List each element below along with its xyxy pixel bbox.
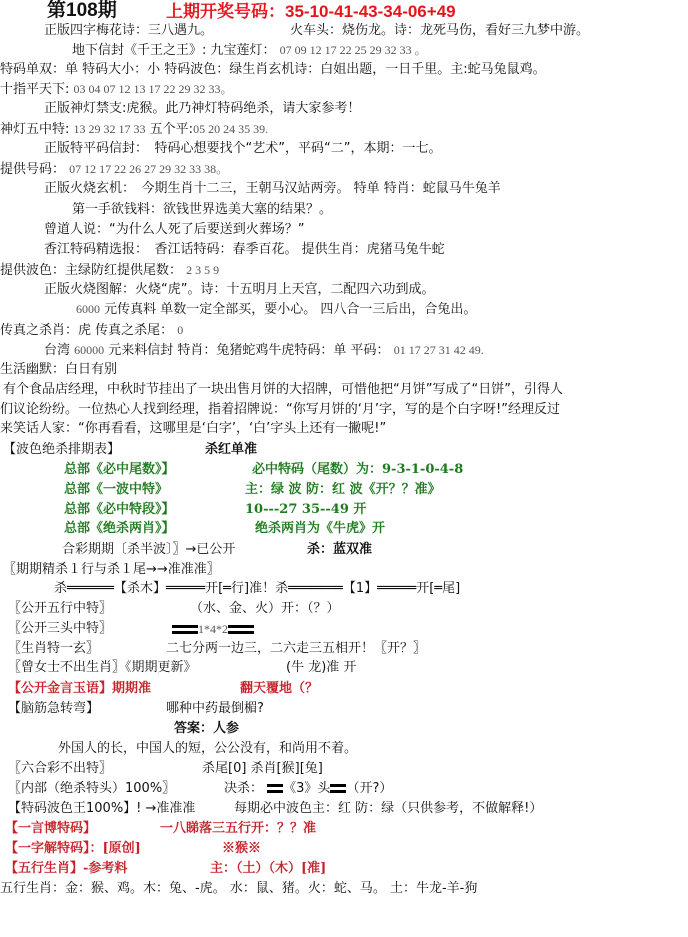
lottery-no-special-value: 杀尾[0] 杀肖[猴][兔] <box>202 760 323 778</box>
fax-kill-label: 传真之杀肖：虎 传真之杀尾： <box>0 323 173 338</box>
special-attributes-text: 特码单双：单 特码大小：小 特码波色：绿生肖玄机诗：白姐出题，一日千里。主:蛇马… <box>0 62 546 77</box>
taiwan-text: 元来料信封 特肖：兔猪蛇鸡牛虎特码：单 平码： <box>108 343 389 358</box>
wave-row-value: 必中特码（尾数）为：9-3-1-0-4-8 <box>252 461 463 479</box>
no-special-text: 杀尾[0] 杀肖[猴][兔] <box>202 761 323 776</box>
issue-title: 第108期 <box>47 2 117 22</box>
double-bar-icon <box>172 625 198 634</box>
three-heads-label: 〖公开三头中特〗 <box>8 621 112 636</box>
humor-body-text: 有个食品店经理，中秋时节挂出了一块出售月饼的大招牌，可惜他把“月饼”写成了“日饼… <box>3 382 563 397</box>
humor-title: 生活幽默：白日有别 <box>0 361 117 379</box>
wave-king-text: 每期必中波色主：红 防：绿（只供参考，不做解释!） <box>234 801 542 816</box>
wave-row-value: 绝杀两肖为《牛虎》开 <box>255 520 385 538</box>
zeng-says: 曾道人说：“为什么人死了后要送到火葬场？” <box>44 221 304 239</box>
kill-wood-text: 杀══════【杀木】═════开[═行]准！杀═══════【1】═════开… <box>54 581 460 596</box>
flat-envelope: 正版特平码信封： 特码心想要找个“艺术”，平码“二”，本期：一七。 <box>44 140 441 158</box>
internal-kill: 〖内部（绝杀特头）100%〗 <box>8 780 175 798</box>
provided-numbers: 提供号码： 07 12 17 22 26 27 29 32 33 38。 <box>0 160 228 179</box>
taiwan-amount: 60000 <box>74 343 104 357</box>
special-attributes: 特码单双：单 特码大小：小 特码波色：绿生肖玄机诗：白姐出题，一日千里。主:蛇马… <box>0 61 546 79</box>
train-head: 火车头：烧伤龙。诗：龙死马伤，看好三九梦中游。 <box>290 22 589 40</box>
fire-mystery: 正版火烧玄机： 今期生肖十二三，王朝马汉站两旁。 特单 特肖：蛇鼠马牛兔羊 <box>44 180 501 198</box>
precise-kill-text: 〖期期精杀１行与杀１尾→→准准准〗 <box>3 562 220 577</box>
ms-zeng-value: (牛 龙)准 开 <box>286 659 356 677</box>
xiangjiang-report: 香江特码精选报： 香江话特码：春季百花。 提供生肖：虎猪马兔牛蛇 <box>44 241 445 259</box>
provided-numbers-values: 07 12 17 22 26 27 29 32 33 38。 <box>69 162 228 176</box>
envelope-label: 地下信封《千王之王》: 九宝莲灯： <box>72 43 276 58</box>
golden-words: 【公开金言玉语】期期准 <box>8 680 151 698</box>
wave-table-kill: 杀红单准 <box>205 441 257 459</box>
ms-zeng: 〖曾女士不出生肖〗《期期更新》 <box>8 659 197 677</box>
zodiac-mystery-label: 〖生肖特一玄〗 <box>8 641 99 656</box>
humor-title-text: 生活幽默：白日有别 <box>0 362 117 377</box>
wave-row-label: 总部《必中特段》】 <box>64 501 175 519</box>
half-wave-kill-text: 杀：蓝双准 <box>307 542 372 557</box>
lamp-five-label: 神灯五中特: <box>0 122 69 137</box>
train-head-text: 火车头：烧伤龙。诗：龙死马伤，看好三九梦中游。 <box>290 23 589 38</box>
humor-body-text: 们议论纷纷。一位热心人找到经理，指着招牌说：“你写月饼的‘月’字，写的是个白字呀… <box>0 402 560 417</box>
humor-body-2: 们议论纷纷。一位热心人找到经理，指着招牌说：“你写月饼的‘月’字，写的是个白字呀… <box>0 401 560 419</box>
one-char-special-value: ※猴※ <box>222 840 261 858</box>
brain-teaser: 【脑筋急转弯】 <box>8 700 99 718</box>
provided-numbers-label: 提供号码： <box>0 162 65 177</box>
decisive-kill-label: 决杀： <box>224 781 263 796</box>
golden-words-value: 翻天覆地（？ <box>240 680 318 698</box>
zodiac-mystery-text: 二七分两一边三，二六走三五相开！〖开？〗 <box>166 641 426 656</box>
double-bar-icon <box>228 625 254 634</box>
zeng-says-text: 曾道人说：“为什么人死了后要送到火葬场？” <box>44 222 304 237</box>
five-elements-zodiac-value: 主：（土）（木）[准] <box>210 860 326 878</box>
five-elements-list-text: 五行生肖：金：猴、鸡。木：兔、-虎。 水：鼠、猪。火：蛇、马。 土：牛龙-羊-狗 <box>0 881 477 896</box>
fax-kill: 传真之杀肖：虎 传真之杀尾： 0 <box>0 321 183 340</box>
envelope-numbers: 07 09 12 17 22 25 29 32 33 。 <box>280 43 427 57</box>
half-wave: 合彩期期〔杀半波〕〗→已公开 <box>62 541 235 559</box>
zodiac-mystery: 〖生肖特一玄〗 <box>8 640 99 658</box>
zodiac-mystery-value: 二七分两一边三，二六走三五相开！〖开？〗 <box>166 640 426 658</box>
wave-king-value: 每期必中波色主：红 防：绿（只供参考，不做解释!） <box>234 800 542 818</box>
brain-teaser-question: 哪种中药最倒楣? <box>166 700 264 718</box>
wave-table-title: 【波色绝杀排期表】 <box>3 441 120 459</box>
head-value: 《3》头 <box>283 781 330 796</box>
plum-poem: 正版四字梅花诗：三八遇九。 <box>44 22 213 40</box>
lottery-no-special: 〖六合彩不出特〗 <box>8 760 112 778</box>
wave-row-label: 总部《一波中特》 <box>64 481 168 499</box>
humor-body-1: 有个食品店经理，中秋时节挂出了一块出售月饼的大招牌，可惜他把“月饼”写成了“日饼… <box>3 381 563 399</box>
issue-number: 第108期 <box>47 0 117 21</box>
fax-kill-tail: 0 <box>177 323 183 337</box>
one-char-special: 【一字解特码】：[原创] <box>5 840 141 858</box>
precise-kill: 〖期期精杀１行与杀１尾→→准准准〗 <box>3 561 220 579</box>
last-draw-numbers: 35-10-41-43-34-06+49 <box>285 2 456 21</box>
five-flat-label: 五个平: <box>150 122 193 137</box>
humor-body-text: 来笑话人家：“你再看看，这哪里是‘白字’，‘白’字头上还有一撇呢!” <box>0 421 386 436</box>
wave-row-value: 10---27 35--49 开 <box>245 501 366 519</box>
half-wave-text: 合彩期期〔杀半波〕〗→已公开 <box>62 542 235 557</box>
five-elements-zodiac: 【五行生肖】-参考料 <box>5 860 127 878</box>
brain-teaser-label: 【脑筋急转弯】 <box>8 701 99 716</box>
three-heads: 〖公开三头中特〗 <box>8 620 112 638</box>
taiwan-envelope: 台湾 60000 元来料信封 特肖：兔猪蛇鸡牛虎特码：单 平码： 01 17 2… <box>44 341 484 360</box>
five-elements-value: （水、金、火）开：（？） <box>190 600 340 618</box>
underground-envelope: 地下信封《千王之王》: 九宝莲灯： 07 09 12 17 22 25 29 3… <box>72 41 427 60</box>
brain-teaser-answer: 答案：人参 <box>174 720 239 738</box>
lamp-five: 神灯五中特: 13 29 32 17 33 五个平:05 20 24 35 39… <box>0 120 268 139</box>
half-wave-kill: 杀：蓝双准 <box>307 541 372 559</box>
fax-material: 6000 元传真料 单数一定全部买，要小心。 四八合一三后出，合兔出。 <box>76 300 476 319</box>
answer-text: 答案：人参 <box>174 721 239 736</box>
wave-kill-text: 杀红单准 <box>205 442 257 457</box>
three-heads-numbers: 1*4*2 <box>198 622 228 636</box>
wave-king: 【特码波色王100%】! →准准准 <box>8 800 195 818</box>
wave-row-value: 主：绿 波 防：红 波《开？？准》 <box>245 481 441 499</box>
five-elements-label: 〖公开五行中特〗 <box>8 601 112 616</box>
provided-wave: 提供波色：主绿防红提供尾数： 2 3 5 9 <box>0 261 219 280</box>
five-elements: 〖公开五行中特〗 <box>8 600 112 618</box>
fax-amount: 6000 <box>76 302 100 316</box>
five-elements-list: 五行生肖：金：猴、鸡。木：兔、-虎。 水：鼠、猪。火：蛇、马。 土：牛龙-羊-狗 <box>0 880 477 898</box>
wave-row-label: 总部《绝杀两肖》】 <box>64 520 175 538</box>
plum-poem-text: 正版四字梅花诗：三八遇九。 <box>44 23 213 38</box>
taiwan-label: 台湾 <box>44 343 70 358</box>
humor-body-3: 来笑话人家：“你再看看，这哪里是‘白字’，‘白’字头上还有一撇呢!” <box>0 420 386 438</box>
first-hand: 第一手欲钱料：欲钱世界选美大塞的结果？。 <box>72 201 332 219</box>
ten-fingers: 十指平天下: 03 04 07 12 13 17 22 29 32 33。 <box>0 80 233 99</box>
lamp-ban: 正版神灯禁支:虎猴。此乃神灯特码绝杀，请大家参考！ <box>44 100 360 118</box>
last-draw: 上期开奖号码：35-10-41-43-34-06+49 <box>166 3 456 23</box>
fax-material-text: 元传真料 单数一定全部买，要小心。 四八合一三后出，合兔出。 <box>104 302 476 317</box>
fire-mystery-text: 正版火烧玄机： 今期生肖十二三，王朝马汉站两旁。 特单 特肖：蛇鼠马牛兔羊 <box>44 181 501 196</box>
double-bar-icon <box>267 784 283 793</box>
provided-tails: 2 3 5 9 <box>186 263 219 277</box>
ten-fingers-label: 十指平天下: <box>0 82 69 97</box>
wave-row-label: 总部《必中尾数》】 <box>64 461 175 479</box>
last-draw-label: 上期开奖号码： <box>166 2 285 21</box>
ms-zeng-text: (牛 龙)准 开 <box>286 660 356 675</box>
internal-kill-value: 决杀： 《3》头（开?） <box>224 780 392 798</box>
fire-diagram: 正版火烧图解：火烧“虎”。诗：十五明月上天宫，二配四六功到成。 <box>44 281 434 299</box>
riddle: 外国人的长，中国人的短，公公没有，和尚用不着。 <box>58 740 357 758</box>
brain-teaser-question-text: 哪种中药最倒楣? <box>166 701 264 716</box>
double-bar-icon <box>330 784 346 793</box>
five-flat-numbers: 05 20 24 35 39. <box>193 122 268 136</box>
one-word-special: 【一言博特码】 <box>5 820 96 838</box>
lamp-five-numbers: 13 29 32 17 33 <box>74 122 146 136</box>
wave-table-title-text: 【波色绝杀排期表】 <box>3 442 120 457</box>
ms-zeng-label: 〖曾女士不出生肖〗《期期更新》 <box>8 660 197 675</box>
no-special-label: 〖六合彩不出特〗 <box>8 761 112 776</box>
fire-diagram-text: 正版火烧图解：火烧“虎”。诗：十五明月上天宫，二配四六功到成。 <box>44 282 434 297</box>
ten-fingers-numbers: 03 04 07 12 13 17 22 29 32 33。 <box>74 82 233 96</box>
three-heads-value: 1*4*2 <box>172 620 254 639</box>
flat-envelope-text: 正版特平码信封： 特码心想要找个“艺术”，平码“二”，本期：一七。 <box>44 141 441 156</box>
xiangjiang-text: 香江特码精选报： 香江话特码：春季百花。 提供生肖：虎猪马兔牛蛇 <box>44 242 445 257</box>
riddle-text: 外国人的长，中国人的短，公公没有，和尚用不着。 <box>58 741 357 756</box>
internal-kill-label: 〖内部（绝杀特头）100%〗 <box>8 781 175 796</box>
lamp-ban-text: 正版神灯禁支:虎猴。此乃神灯特码绝杀，请大家参考！ <box>44 101 360 116</box>
wave-king-label: 【特码波色王100%】! →准准准 <box>8 801 195 816</box>
kill-wood: 杀══════【杀木】═════开[═行]准！杀═══════【1】═════开… <box>54 580 460 598</box>
one-word-special-value: 一八睇落三五行开：？？准 <box>160 820 316 838</box>
provided-wave-label: 提供波色：主绿防红提供尾数： <box>0 263 182 278</box>
open-text: （开?） <box>346 781 392 796</box>
five-elements-text: （水、金、火）开：（？） <box>190 601 340 616</box>
first-hand-text: 第一手欲钱料：欲钱世界选美大塞的结果？。 <box>72 202 332 217</box>
taiwan-flat-numbers: 01 17 27 31 42 49. <box>394 343 484 357</box>
